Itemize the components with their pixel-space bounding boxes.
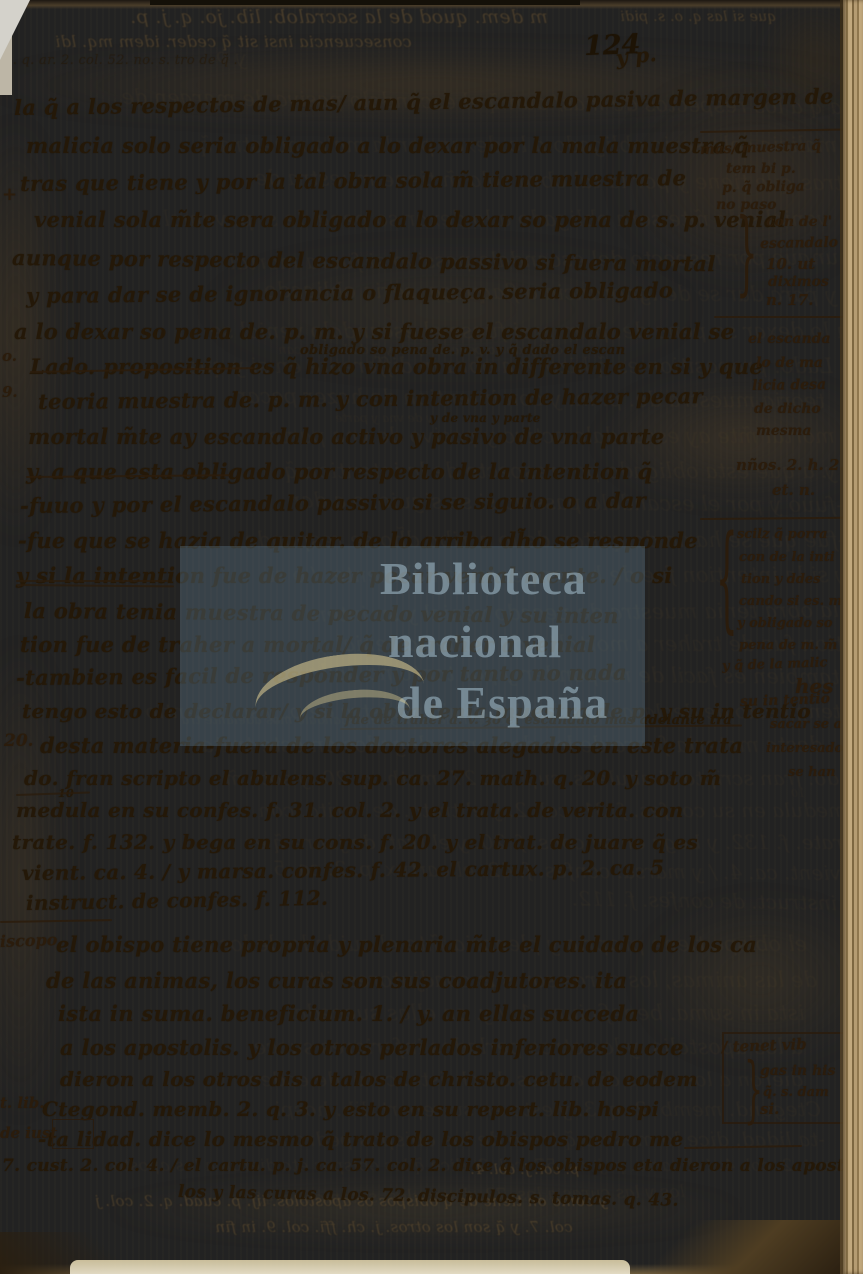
manuscript-line: malicia solo seria obligado a lo dexar p… xyxy=(26,135,749,156)
right-margin-note: p. q̃ obliga xyxy=(722,180,805,195)
right-margin-note: el escanda xyxy=(748,332,831,346)
underlying-page-edge xyxy=(70,1260,630,1274)
manuscript-line: teoria muestra de. p. m. y con intention… xyxy=(38,385,703,412)
manuscript-line: la q̃ a los respectos de mas/ aun q̃ el … xyxy=(14,86,834,118)
manuscript-line: mortal m̃te ay escandalo activo y pasivo… xyxy=(28,426,665,447)
manuscript-line: instruct. de confes. f. 112. xyxy=(26,888,329,913)
watermark-text-line: de España xyxy=(396,676,608,729)
right-margin-note: cando si es. m xyxy=(739,595,842,608)
manuscript-line: -ta lidad. dice lo mesmo q̃ trato de los… xyxy=(38,1129,683,1149)
manuscript-line: -fuuo y por el escandalo passivo si se s… xyxy=(20,490,646,516)
right-margin-note: su in tentiō xyxy=(740,692,830,709)
right-margin-note: de dicho xyxy=(754,402,821,416)
ghost-line: instruct. de confes. f. 112. xyxy=(572,888,838,913)
right-margin-note: nños. 2. h. 2. xyxy=(736,458,845,473)
right-margin-note: sacar se a xyxy=(770,718,842,731)
bleedthrough-line: que si las q. o. s. pidi xyxy=(620,10,776,24)
manuscript-line: el obispo tiene propria y plenaria m̃te … xyxy=(56,934,757,955)
manuscript-line: Ctegond. memb. 2. q. 3. y esto en su rep… xyxy=(42,1099,659,1119)
right-margin-note: mesma xyxy=(756,424,812,438)
right-margin-note: pena de m. m̃ xyxy=(739,639,837,652)
bleedthrough-line: -. q. ar. 2. col. 52. no. s. tro de q̃ . xyxy=(8,54,238,67)
right-margin-note: interesado xyxy=(766,742,843,755)
left-margin-note: t. lib. xyxy=(0,1096,44,1111)
manuscript-line: a lo dexar so pena de. p. m. y si fuese … xyxy=(14,321,734,342)
manuscript-line: aunque por respecto del escandalo passiv… xyxy=(12,247,716,274)
watermark-text-line: Biblioteca xyxy=(380,552,587,605)
ghost-line: y de vna y parte xyxy=(335,412,433,424)
manuscript-line: y de vna y parte xyxy=(430,412,541,424)
manuscript-line: trate. f. 132. y bega en su cons. f. 20.… xyxy=(12,832,698,852)
right-margin-note: scilz q̃ porra xyxy=(737,528,828,541)
bleedthrough-line: m dem. quod de la sacralob. lib. jo. q. … xyxy=(130,8,548,27)
underline-pedro-me xyxy=(684,1145,802,1149)
manuscript-line: vient. ca. 4. / y marsa. confes. f. 42. … xyxy=(22,857,664,883)
right-margin-note: n. 17. xyxy=(766,293,813,308)
margin-rule-episcopo xyxy=(0,919,112,923)
margin-rule-2 xyxy=(714,316,860,318)
manuscript-line: Lado. proposition es q̃ hizo vna obra in… xyxy=(30,356,763,377)
right-margin-note: licia desa xyxy=(752,378,826,393)
manuscript-line: tras que tiene y por la tal obra sola m̃… xyxy=(20,167,686,194)
right-margin-note: escandalo xyxy=(760,236,838,251)
right-margin-note: } xyxy=(736,208,758,300)
left-margin-note: o. xyxy=(2,349,17,364)
margin-rule-3 xyxy=(700,517,863,520)
page-edge-top-dark xyxy=(150,0,580,5)
manuscript-line: 7. cust. 2. col. 4. / el cartu. p. j. ca… xyxy=(2,1158,857,1175)
right-margin-note: y obligado so xyxy=(737,617,833,630)
right-margin-note: con de la inti xyxy=(739,551,835,564)
right-margin-note: se han xyxy=(788,766,835,779)
right-margin-note: diximos xyxy=(768,275,829,289)
ghost-line: 10 xyxy=(791,788,805,799)
bleedthrough-line: consecuencia insi sit q̃ ceder. idem mq.… xyxy=(55,34,412,50)
margin-rule-1 xyxy=(700,128,860,133)
right-margin-note: 10. ut xyxy=(766,257,815,272)
left-margin-note: de iust xyxy=(0,1126,57,1141)
left-margin-note: iscopo xyxy=(0,932,58,950)
manuscript-line: do. fran scripto el abulens. sup. ca. 27… xyxy=(24,768,721,788)
small-correction-box xyxy=(52,1119,94,1149)
right-margin-note: con de l' xyxy=(766,215,832,229)
manuscript-line: venial sola m̃te sera obligado a lo dexa… xyxy=(34,209,786,230)
manuscript-line: y para dar se de ignorancia o flaqueça. … xyxy=(26,279,673,306)
right-margin-note: mas/ muestra q̃ xyxy=(700,139,822,157)
manuscript-line: medula en su confes. f. 31. col. 2. y el… xyxy=(16,800,684,820)
background-corner xyxy=(0,0,30,60)
left-margin-note: 9. xyxy=(2,385,18,400)
right-margin-note: et. n. xyxy=(772,483,815,498)
right-margin-note: lo de ma xyxy=(756,356,823,370)
manuscript-line: ista in suma. beneficium. 1. / y. an ell… xyxy=(58,1003,639,1024)
right-margin-note: tem bi p. xyxy=(726,162,796,176)
book-fore-edge xyxy=(843,0,863,1274)
strikethrough-medula xyxy=(16,791,90,795)
manuscript-line: a los apostolis. y los otros perlados in… xyxy=(60,1037,684,1058)
page-number: 124 xyxy=(583,29,640,62)
left-margin-note: + xyxy=(2,186,17,204)
underline-intention-1 xyxy=(16,580,168,582)
manuscript-line: de las animas, los curas son sus coadjut… xyxy=(46,970,627,991)
manuscript-line: y. a que esta obligado por respecto de l… xyxy=(26,461,653,482)
shadow-corner-bottom-right xyxy=(623,1220,863,1274)
left-margin-note: 20. xyxy=(4,733,34,750)
right-margin-note: { xyxy=(716,522,738,638)
bleedthrough-line: col. 7. y q̃ son los otros. j. ch. ffi. … xyxy=(215,1220,573,1235)
manuscript-page: la q̃ a los respectos de mas/ aun q̃ el … xyxy=(0,0,863,1274)
right-margin-note: tion y ddes xyxy=(741,573,820,586)
watermark-text-line: nacional xyxy=(388,615,562,668)
manuscript-line: dieron a los otros dis a talos de christ… xyxy=(60,1069,698,1089)
right-margin-note: y q̃ de la malic xyxy=(722,656,828,673)
